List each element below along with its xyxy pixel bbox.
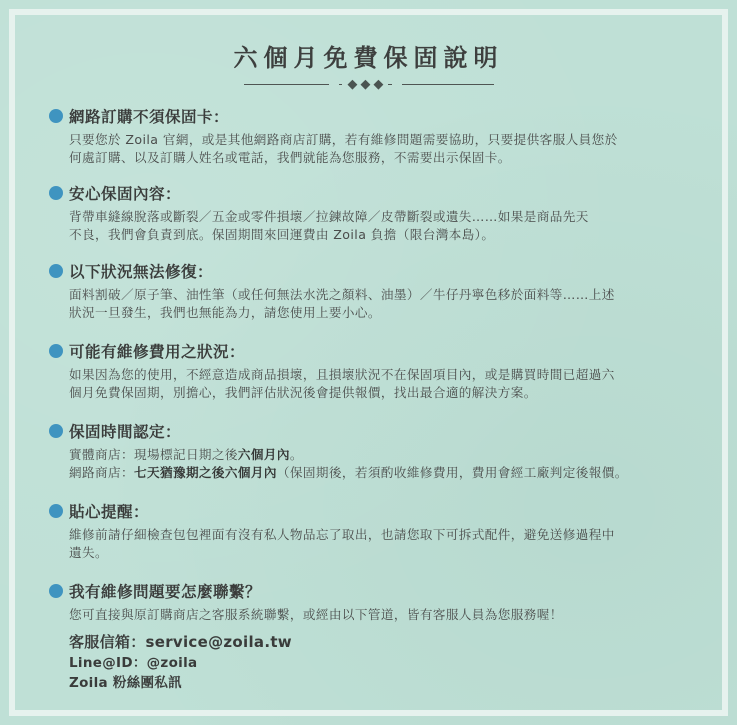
text-segment: （保固期後，若須酌收維修費用，費用會經工廠判定後報價。 <box>277 465 628 480</box>
diamond-icon <box>348 79 358 89</box>
body-line: 如果因為您的使用，不經意造成商品損壞，且損壞狀況不在保固項目內，或是購買時間已超… <box>69 366 699 384</box>
section-repair-fees: 可能有維修費用之狀況： 如果因為您的使用，不經意造成商品損壞，且損壞狀況不在保固… <box>49 340 699 402</box>
body-line: 狀況一旦發生，我們也無能為力，請您使用上要小心。 <box>69 304 699 322</box>
body-line: 面料割破／原子筆、油性筆（或任何無法水洗之顏料、油墨）／牛仔丹寧色移於面料等……… <box>69 286 699 304</box>
body-line: 背帶車縫線脫落或斷裂／五金或零件損壞／拉鍊故障／皮帶斷裂或遺失……如果是商品先天 <box>69 208 699 226</box>
section-online-purchase: 網路訂購不須保固卡： 只要您於 Zoila 官網，或是其他網路商店訂購，若有維修… <box>49 105 699 167</box>
body-line-online-store: 網路商店：七天猶豫期之後六個月內（保固期後，若須酌收維修費用，費用會經工廠判定後… <box>69 464 699 482</box>
contact-fanpage[interactable]: Zoila 粉絲團私訊 <box>69 673 699 693</box>
emphasis-text: 六個月內 <box>238 447 290 462</box>
section-header: 貼心提醒： <box>49 500 699 522</box>
bullet-dot-icon <box>49 344 63 358</box>
section-title: 可能有維修費用之狀況： <box>69 340 245 362</box>
text-segment: 網路商店： <box>69 465 134 480</box>
section-body: 您可直接與原訂購商店之客服系統聯繫，或經由以下管道，皆有客服人員為您服務喔！ <box>69 606 699 624</box>
section-warranty-coverage: 安心保固內容： 背帶車縫線脫落或斷裂／五金或零件損壞／拉鍊故障／皮帶斷裂或遺失…… <box>49 182 699 244</box>
body-line: 遺失。 <box>69 544 699 562</box>
bullet-dot-icon <box>49 424 63 438</box>
section-title: 貼心提醒： <box>69 500 149 522</box>
section-header: 安心保固內容： <box>49 182 699 204</box>
body-line: 不良，我們會負責到底。保固期間來回運費由 Zoila 負擔（限台灣本島）。 <box>69 226 699 244</box>
section-body: 實體商店：現場標記日期之後六個月內。 網路商店：七天猶豫期之後六個月內（保固期後… <box>69 446 699 482</box>
section-title: 我有維修問題要怎麼聯繫？ <box>69 580 261 602</box>
divider-tick <box>339 84 343 85</box>
contact-line-id[interactable]: Line@ID：@zoila <box>69 653 699 673</box>
body-line: 維修前請仔細檢查包包裡面有沒有私人物品忘了取出，也請您取下可拆式配件，避免送修過… <box>69 526 699 544</box>
body-line: 只要您於 Zoila 官網，或是其他網路商店訂購，若有維修問題需要協助，只要提供… <box>69 131 699 149</box>
body-line: 何處訂購、以及訂購人姓名或電話，我們就能為您服務，不需要出示保固卡。 <box>69 149 699 167</box>
diamond-icon <box>373 79 383 89</box>
section-title: 安心保固內容： <box>69 182 181 204</box>
divider-tick <box>388 84 392 85</box>
section-body: 維修前請仔細檢查包包裡面有沒有私人物品忘了取出，也請您取下可拆式配件，避免送修過… <box>69 526 699 562</box>
body-line: 個月免費保固期，別擔心，我們評估狀況後會提供報價，找出最合適的解決方案。 <box>69 384 699 402</box>
bullet-dot-icon <box>49 504 63 518</box>
section-header: 我有維修問題要怎麼聯繫？ <box>49 580 699 602</box>
contact-channels: 客服信箱：service@zoila.tw Line@ID：@zoila Zoi… <box>69 632 699 693</box>
bullet-dot-icon <box>49 109 63 123</box>
section-contact: 我有維修問題要怎麼聯繫？ 您可直接與原訂購商店之客服系統聯繫，或經由以下管道，皆… <box>49 580 699 693</box>
section-title: 網路訂購不須保固卡： <box>69 105 229 127</box>
page-title: 六個月免費保固說明 <box>0 38 737 73</box>
bullet-dot-icon <box>49 584 63 598</box>
section-reminder: 貼心提醒： 維修前請仔細檢查包包裡面有沒有私人物品忘了取出，也請您取下可拆式配件… <box>49 500 699 562</box>
body-line-physical-store: 實體商店：現場標記日期之後六個月內。 <box>69 446 699 464</box>
text-segment: 。 <box>290 447 303 462</box>
title-divider-ornament <box>244 78 494 90</box>
section-title: 以下狀況無法修復： <box>69 260 213 282</box>
contact-email[interactable]: 客服信箱：service@zoila.tw <box>69 632 699 653</box>
section-body: 背帶車縫線脫落或斷裂／五金或零件損壞／拉鍊故障／皮帶斷裂或遺失……如果是商品先天… <box>69 208 699 244</box>
divider-line <box>402 84 494 85</box>
divider-line <box>244 84 329 85</box>
section-header: 保固時間認定： <box>49 420 699 442</box>
section-title: 保固時間認定： <box>69 420 181 442</box>
bullet-dot-icon <box>49 264 63 278</box>
section-not-repairable: 以下狀況無法修復： 面料割破／原子筆、油性筆（或任何無法水洗之顏料、油墨）／牛仔… <box>49 260 699 322</box>
bullet-dot-icon <box>49 186 63 200</box>
section-body: 只要您於 Zoila 官網，或是其他網路商店訂購，若有維修問題需要協助，只要提供… <box>69 131 699 167</box>
text-segment: 實體商店：現場標記日期之後 <box>69 447 238 462</box>
body-line: 您可直接與原訂購商店之客服系統聯繫，或經由以下管道，皆有客服人員為您服務喔！ <box>69 606 699 624</box>
section-body: 面料割破／原子筆、油性筆（或任何無法水洗之顏料、油墨）／牛仔丹寧色移於面料等……… <box>69 286 699 322</box>
section-body: 如果因為您的使用，不經意造成商品損壞，且損壞狀況不在保固項目內，或是購買時間已超… <box>69 366 699 402</box>
section-header: 網路訂購不須保固卡： <box>49 105 699 127</box>
section-header: 可能有維修費用之狀況： <box>49 340 699 362</box>
section-header: 以下狀況無法修復： <box>49 260 699 282</box>
section-warranty-period: 保固時間認定： 實體商店：現場標記日期之後六個月內。 網路商店：七天猶豫期之後六… <box>49 420 699 482</box>
emphasis-text: 七天猶豫期之後六個月內 <box>134 465 277 480</box>
diamond-icon <box>360 79 370 89</box>
